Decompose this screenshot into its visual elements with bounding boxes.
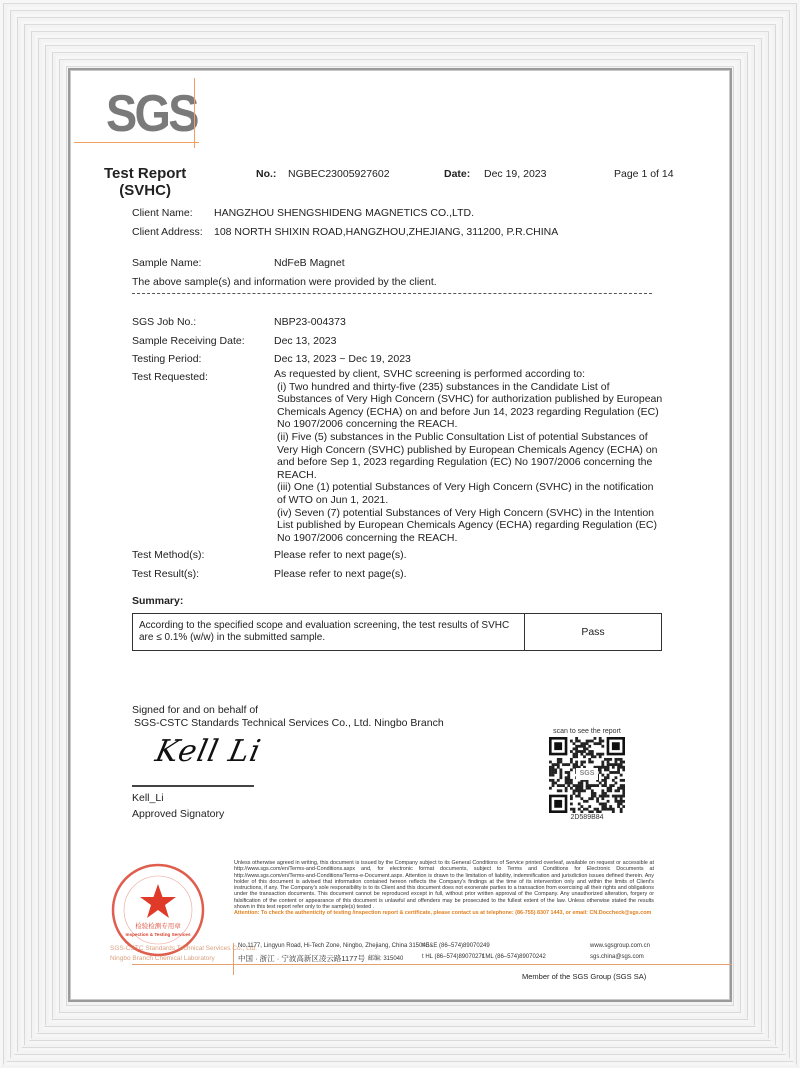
terms-attention: Attention: To check the authenticity of … (234, 910, 651, 916)
stamp-caption-2: Ningbo Branch Chemical Laboratory (110, 955, 215, 962)
report-title: Test Report (SVHC) (104, 165, 186, 199)
client-name-value: HANGZHOU SHENGSHIDENG MAGNETICS CO.,LTD. (214, 207, 474, 219)
footer-tel-ee: t E&E (86–574)89070249 (422, 943, 490, 949)
testing-period-value: Dec 13, 2023 ~ Dec 19, 2023 (274, 353, 411, 365)
signoff-line1: Signed for and on behalf of (132, 704, 258, 716)
dashed-divider (132, 293, 652, 294)
qr-center-logo: SGS (576, 768, 598, 780)
qr-label: scan to see the report (544, 728, 630, 735)
page-indicator: Page 1 of 14 (614, 168, 674, 180)
report-title-line2: (SVHC) (104, 182, 186, 199)
receiving-date-label: Sample Receiving Date: (132, 335, 245, 347)
footer-website[interactable]: www.sgsgroup.com.cn (590, 943, 650, 949)
qr-block: scan to see the report SGS 2D589B84 (544, 728, 630, 821)
summary-heading: Summary: (132, 595, 183, 607)
signoff-company: SGS-CSTC Standards Technical Services Co… (134, 717, 444, 729)
report-no-value: NGBEC23005927602 (288, 168, 390, 180)
footer-tel-hl: t HL (86–574)89070271 (422, 954, 485, 960)
testing-period-label: Testing Period: (132, 353, 201, 365)
receiving-date-value: Dec 13, 2023 (274, 335, 336, 347)
client-address-label: Client Address: (132, 226, 203, 238)
client-name-label: Client Name: (132, 207, 193, 219)
sgs-logo: SGS (104, 80, 204, 148)
frame-bottom (0, 1002, 800, 1068)
logo-orange-hline (74, 142, 199, 143)
summary-table: According to the specified scope and eva… (132, 613, 662, 651)
requested-item-iii: (iii) One (1) potential Substances of Ve… (274, 481, 664, 506)
qr-code-text: 2D589B84 (544, 814, 630, 821)
report-no-label: No.: (256, 168, 276, 180)
requested-item-i: (i) Two hundred and thirty-five (235) su… (274, 381, 664, 431)
footer-address-en: No.1177, Lingyun Road, Hi-Tech Zone, Nin… (238, 943, 429, 949)
requested-item-ii: (ii) Five (5) substances in the Public C… (274, 431, 664, 481)
svg-text:Inspection & Testing Services: Inspection & Testing Services (125, 932, 190, 937)
report-page: SGS Test Report (SVHC) No.: NGBEC2300592… (68, 68, 732, 1002)
report-date-value: Dec 19, 2023 (484, 168, 546, 180)
summary-text: According to the specified scope and eva… (133, 614, 525, 650)
test-result-label: Test Result(s): (132, 568, 199, 580)
test-result-value: Please refer to next page(s). (274, 568, 407, 580)
terms-body: Unless otherwise agreed in writing, this… (234, 860, 654, 910)
signatory-name: Kell_Li (132, 792, 164, 804)
sample-name-label: Sample Name: (132, 257, 201, 269)
svg-text:检验检测专用章: 检验检测专用章 (135, 921, 181, 930)
signature: Kell Li (152, 734, 264, 769)
terms-and-conditions: Unless otherwise agreed in writing, this… (234, 860, 654, 917)
logo-orange-vline (194, 78, 195, 148)
qr-code[interactable]: SGS (549, 737, 625, 813)
requested-intro: As requested by client, SVHC screening i… (274, 368, 664, 381)
footer-address-cn: 中国 · 浙江 · 宁波高新区凌云路1177号 (238, 953, 365, 964)
summary-result: Pass (525, 614, 661, 650)
footer-tel-ml: t ML (86–574)89070242 (482, 954, 546, 960)
frame-right (730, 0, 800, 1068)
job-no-label: SGS Job No.: (132, 316, 196, 328)
frame-top (0, 0, 800, 70)
test-method-value: Please refer to next page(s). (274, 549, 407, 561)
logo-text: SGS (106, 84, 197, 144)
footer-vertical-line (233, 943, 234, 975)
footer-divider (132, 964, 732, 965)
sample-note: The above sample(s) and information were… (132, 276, 437, 288)
client-address-value: 108 NORTH SHIXIN ROAD,HANGZHOU,ZHEJIANG,… (214, 226, 558, 238)
test-requested-text: As requested by client, SVHC screening i… (274, 368, 664, 544)
sample-name-value: NdFeB Magnet (274, 257, 345, 269)
test-requested-label: Test Requested: (132, 371, 208, 383)
signatory-role: Approved Signatory (132, 808, 224, 820)
report-title-line1: Test Report (104, 165, 186, 182)
requested-item-iv: (iv) Seven (7) potential Substances of V… (274, 507, 664, 545)
signature-line (132, 785, 254, 787)
official-stamp: 检验检测专用章 Inspection & Testing Services (110, 862, 206, 958)
member-of-sgs-group: Member of the SGS Group (SGS SA) (522, 972, 646, 981)
report-date-label: Date: (444, 168, 470, 180)
stamp-seal-icon: 检验检测专用章 Inspection & Testing Services (110, 862, 206, 958)
stamp-caption-1: SGS-CSTC Standards Technical Services Co… (110, 945, 257, 952)
footer-postcode-cn: 邮编: 315040 (368, 953, 403, 962)
frame-left (0, 0, 70, 1068)
test-method-label: Test Method(s): (132, 549, 204, 561)
footer-email[interactable]: sgs.china@sgs.com (590, 954, 644, 960)
job-no-value: NBP23-004373 (274, 316, 346, 328)
